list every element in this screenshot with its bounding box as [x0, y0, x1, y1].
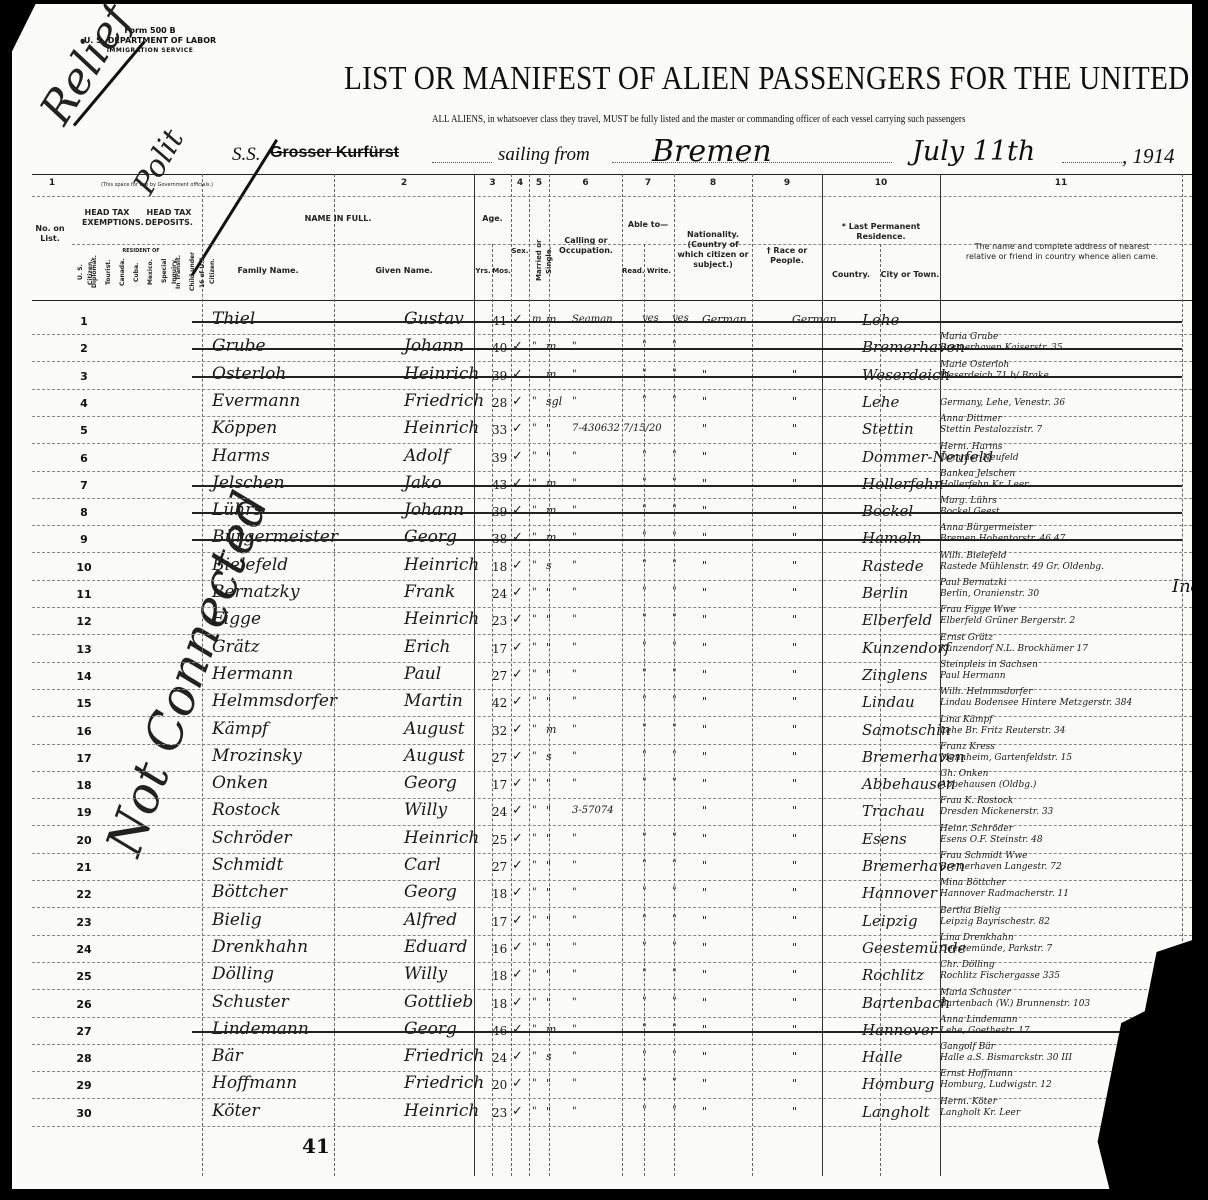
nationality: ": [702, 777, 707, 790]
marital-status: ": [546, 1105, 551, 1118]
marital-status: ": [546, 777, 551, 790]
can-write: ": [672, 859, 677, 870]
nationality: ": [702, 723, 707, 736]
occupation: ": [572, 1106, 577, 1117]
age-check-mark: ✓: [512, 394, 523, 409]
race: ": [792, 695, 797, 708]
can-read: yes: [642, 313, 659, 324]
row-rule: [32, 989, 1192, 990]
can-read: ": [642, 1023, 647, 1034]
marital-status: ": [546, 886, 551, 899]
row-number: 27: [72, 1025, 96, 1038]
age-years: 27: [492, 860, 507, 874]
city-town: Hannover: [862, 884, 937, 902]
row-number: 12: [72, 615, 96, 628]
age-years: 18: [492, 997, 507, 1011]
sex-value: ": [532, 969, 537, 980]
sex-value: m: [532, 314, 541, 325]
cuba-header: Cuba.: [132, 252, 142, 292]
can-write: ": [672, 695, 677, 706]
family-name: Bielefeld: [212, 555, 288, 575]
manifest-page: Form 500 B U. S. DEPARTMENT OF LABOR IMM…: [12, 4, 1192, 1189]
table-row: 13 Grätz Erich 17 ✓ " " " " " " " Kunzen…: [32, 637, 1192, 661]
age-years: 20: [492, 1078, 507, 1092]
age-check-mark: ✓: [512, 640, 523, 655]
row-number: 2: [72, 342, 96, 355]
row-rule: [32, 1071, 1192, 1072]
table-row: 22 Böttcher Georg 18 ✓ " " " " " " " Han…: [32, 882, 1192, 906]
dotted-leader: [432, 162, 492, 163]
row-rule: [32, 498, 1192, 499]
race: ": [792, 531, 797, 544]
can-write: ": [672, 1050, 677, 1061]
city-town: Langholt: [862, 1103, 930, 1121]
age-check-mark: ✓: [512, 1049, 523, 1064]
can-read: ": [642, 477, 647, 488]
row-rule: [32, 361, 1192, 362]
race: ": [792, 941, 797, 954]
nationality: ": [702, 641, 707, 654]
relative-name: Ernst Grätz: [940, 633, 993, 643]
can-read: ": [642, 668, 647, 679]
family-name: Köter: [212, 1101, 260, 1121]
relative-address: Abbehausen (Oldbg.): [940, 780, 1036, 790]
can-write: ": [672, 450, 677, 461]
row-rule: [32, 1098, 1192, 1099]
can-read: ": [642, 368, 647, 379]
departure-date: July 11th: [912, 136, 1035, 167]
family-name: Hermann: [212, 664, 293, 684]
sex-value: ": [532, 669, 537, 680]
table-row: 18 Onken Georg 17 ✓ " " " " " " " Abbeha…: [32, 773, 1192, 797]
relative-name: Maria Grube: [940, 332, 998, 342]
nationality: ": [702, 613, 707, 626]
table-row: 29 Hoffmann Friedrich 20 ✓ " " " " " " "…: [32, 1073, 1192, 1097]
relative-name: Gh. Onken: [940, 769, 988, 779]
race-header: † Race or People.: [752, 246, 822, 266]
can-read: ": [642, 941, 647, 952]
table-row: 8 Lührs Johann 39 ✓ " m " " " " " Bockel…: [32, 500, 1192, 524]
given-name: August: [404, 719, 465, 739]
race: ": [792, 477, 797, 490]
can-read: ": [642, 777, 647, 788]
occupation: ": [572, 341, 577, 352]
race: ": [792, 723, 797, 736]
row-rule: [32, 935, 1192, 936]
occupation-header: Calling or Occupation.: [552, 236, 620, 256]
marital-status: s: [546, 750, 552, 763]
family-name: Harms: [212, 446, 270, 466]
city-town: Zinglens: [862, 666, 928, 684]
can-write: ": [672, 368, 677, 379]
relative-address: Leipzig Bayrischestr. 82: [940, 917, 1050, 927]
table-row: 21 Schmidt Carl 27 ✓ " " " " " " " Breme…: [32, 855, 1192, 879]
nationality: ": [702, 941, 707, 954]
race: ": [792, 750, 797, 763]
age-check-mark: ✓: [512, 885, 523, 900]
table-row: 26 Schuster Gottlieb 18 ✓ " " " " " " " …: [32, 992, 1192, 1016]
nationality: ": [702, 1077, 707, 1090]
sex-value: ": [532, 724, 537, 735]
nationality: ": [702, 422, 707, 435]
passenger-rows: 1 Thiel Gustav 41 ✓ m m Seaman yes yes G…: [32, 309, 1192, 1019]
age-years: 28: [492, 396, 507, 410]
column-number: 11: [940, 178, 1182, 188]
table-row: 3 Osterloh Heinrich 39 ✓ m " " " " " Wes…: [32, 364, 1192, 388]
age-years: 24: [492, 587, 507, 601]
column-number: 9: [752, 178, 822, 188]
can-write: ": [672, 1023, 677, 1034]
can-read: ": [642, 886, 647, 897]
age-check-mark: ✓: [512, 667, 523, 682]
age-years: 33: [492, 423, 507, 437]
given-name: Friedrich: [404, 1073, 484, 1093]
row-rule: [32, 416, 1192, 417]
age-check-mark: ✓: [512, 940, 523, 955]
sailing-from-label: sailing from: [498, 144, 590, 166]
months-header: Mos.: [492, 266, 511, 276]
relative-name: Frau Figge Wwe: [940, 605, 1016, 615]
sex-value: ": [532, 1024, 537, 1035]
row-rule: [32, 907, 1192, 908]
age-check-mark: ✓: [512, 1076, 523, 1091]
sex-value: ": [532, 778, 537, 789]
relative-address: Dresden Mickenerstr. 33: [940, 807, 1053, 817]
given-name: Georg: [404, 773, 457, 793]
marital-status: m: [546, 531, 556, 544]
age-years: 16: [492, 942, 507, 956]
city-town: Rastede: [862, 557, 924, 575]
given-name-header: Given Name.: [334, 266, 474, 276]
nationality: German: [702, 313, 747, 326]
occupation: ": [572, 560, 577, 571]
age-check-mark: ✓: [512, 722, 523, 737]
row-number: 4: [72, 397, 96, 410]
can-read: ": [642, 504, 647, 515]
given-name: Friedrich: [404, 391, 484, 411]
table-row: 20 Schröder Heinrich 25 ✓ " " " " " " " …: [32, 828, 1192, 852]
can-write: ": [672, 750, 677, 761]
relative-address: Lehe, Goethestr. 17: [940, 1026, 1030, 1036]
family-name: Rostock: [212, 800, 281, 820]
can-write: ": [672, 504, 677, 515]
age-years: 39: [492, 505, 507, 519]
row-rule: [32, 798, 1192, 799]
sex-header: Sex.: [511, 246, 529, 256]
occupation: ": [572, 396, 577, 407]
relative-name: Herm. Köter: [940, 1097, 997, 1107]
relative-name: Herm. Harms: [940, 442, 1002, 452]
table-row: 12 Figge Heinrich 23 ✓ " " " " " " " Elb…: [32, 609, 1192, 633]
column-number: 2: [334, 178, 474, 188]
nationality: ": [702, 531, 707, 544]
nationality: ": [702, 1023, 707, 1036]
age-check-mark: ✓: [512, 339, 523, 354]
race: ": [792, 777, 797, 790]
age-check-mark: ✓: [512, 913, 523, 928]
ss-label: S.S.: [232, 144, 261, 166]
can-read: ": [642, 968, 647, 979]
relative-address: Paul Hermann: [940, 671, 1006, 681]
relative-name: Anna Bürgermeister: [940, 523, 1033, 533]
occupation: ": [572, 642, 577, 653]
race: ": [792, 559, 797, 572]
relative-address: Bremerhaven Kaiserstr. 35: [940, 343, 1063, 353]
city-town: Lindau: [862, 693, 915, 711]
nationality: ": [702, 586, 707, 599]
can-write: ": [672, 723, 677, 734]
table-row: 15 Helmmsdorfer Martin 42 ✓ " " " " " " …: [32, 691, 1192, 715]
city-town: Trachau: [862, 802, 925, 820]
row-rule: [32, 389, 1192, 390]
occupation: ": [572, 751, 577, 762]
city-town: Hameln: [862, 529, 922, 547]
given-name: Willy: [404, 800, 447, 820]
race: ": [792, 613, 797, 626]
canada-header: Canada.: [118, 252, 128, 292]
table-row: 19 Rostock Willy 24 ✓ " " 3-57074 " " Tr…: [32, 800, 1192, 824]
read-header: Read.: [622, 266, 644, 276]
marital-status: ": [546, 996, 551, 1009]
can-write: ": [672, 641, 677, 652]
row-rule: [32, 744, 1192, 745]
column-number: 8: [674, 178, 752, 188]
age-check-mark: ✓: [512, 803, 523, 818]
row-number: 23: [72, 916, 96, 929]
can-write: ": [672, 886, 677, 897]
row-rule: [32, 880, 1192, 881]
table-row: 17 Mrozinsky August 27 ✓ " s " " " " " B…: [32, 746, 1192, 770]
given-name: Gottlieb: [404, 992, 473, 1012]
tourist-header: Tourist.: [104, 252, 114, 292]
country-header: Country.: [822, 270, 880, 280]
page-title: LIST OR MANIFEST OF ALIEN PASSENGERS FOR…: [344, 60, 1190, 98]
city-town: Bartenbach: [862, 994, 950, 1012]
family-name: Thiel: [212, 309, 255, 329]
age-header: Age.: [474, 214, 511, 224]
sex-value: ": [532, 396, 537, 407]
page-subtitle: ALL ALIENS, in whatsoever class they tra…: [432, 114, 965, 125]
relative-name: Lina Kämpf: [940, 715, 993, 725]
age-check-mark: ✓: [512, 476, 523, 491]
city-town: Esens: [862, 830, 907, 848]
given-name: Willy: [404, 964, 447, 984]
row-number: 1: [72, 315, 96, 328]
can-write: ": [672, 914, 677, 925]
marital-status: m: [546, 723, 556, 736]
row-number: 5: [72, 424, 96, 437]
column-number: 4: [511, 178, 529, 188]
can-read: ": [642, 641, 647, 652]
nationality: ": [702, 750, 707, 763]
city-town: Lehe: [862, 311, 899, 329]
family-name: Dölling: [212, 964, 274, 984]
occupation: ": [572, 1024, 577, 1035]
occupation: ": [572, 997, 577, 1008]
age-check-mark: ✓: [512, 612, 523, 627]
row-number: 10: [72, 561, 96, 574]
given-name: August: [404, 746, 465, 766]
relative-address: Esens O.F. Steinstr. 48: [940, 835, 1043, 845]
row-rule: [32, 471, 1192, 472]
row-number: 24: [72, 943, 96, 956]
head-tax-exemptions-header: HEAD TAX EXEMPTIONS.: [82, 208, 132, 228]
occupation: ": [572, 532, 577, 543]
table-row: 28 Bär Friedrich 24 ✓ " s " " " " " Hall…: [32, 1046, 1192, 1070]
sex-value: ": [532, 833, 537, 844]
age-check-mark: ✓: [512, 530, 523, 545]
sex-value: ": [532, 451, 537, 462]
row-number: 9: [72, 533, 96, 546]
sex-value: ": [532, 642, 537, 653]
given-name: Heinrich: [404, 364, 479, 384]
row-rule: [32, 962, 1192, 963]
occupation: ": [572, 369, 577, 380]
nationality-header: Nationality. (Country of which citizen o…: [677, 230, 749, 270]
city-header: City or Town.: [880, 270, 940, 280]
family-name: Jelschen: [212, 473, 285, 493]
ship-info-line: S.S. Grosser Kurfürst sailing from Breme…: [192, 138, 1192, 172]
row-number: 25: [72, 970, 96, 983]
column-number: 7: [622, 178, 674, 188]
relative-name: Paul Bernatzki: [940, 578, 1007, 588]
row-number: 3: [72, 370, 96, 383]
row-number: 6: [72, 452, 96, 465]
family-name: Osterloh: [212, 364, 286, 384]
row-rule: [32, 580, 1192, 581]
relative-name: Wilh. Helmmsdorfer: [940, 687, 1033, 697]
family-name: Onken: [212, 773, 268, 793]
age-years: 24: [492, 1051, 507, 1065]
race: ": [792, 586, 797, 599]
sex-value: ": [532, 696, 537, 707]
row-number: 18: [72, 779, 96, 792]
in-transit-header: In Transit.: [174, 252, 184, 292]
sex-value: ": [532, 887, 537, 898]
occupation: ": [572, 1051, 577, 1062]
mexico-header: Mexico.: [146, 252, 156, 292]
relative-address: Geestemünde, Parkstr. 7: [940, 944, 1052, 954]
column-number: 10: [822, 178, 940, 188]
age-years: 38: [492, 532, 507, 546]
family-name: Drenkhahn: [212, 937, 308, 957]
table-row: 14 Hermann Paul 27 ✓ " " " " " " " Zingl…: [32, 664, 1192, 688]
can-read: ": [642, 450, 647, 461]
age-check-mark: ✓: [512, 503, 523, 518]
can-write: ": [672, 531, 677, 542]
family-name: Helmmsdorfer: [212, 691, 337, 711]
given-name: Georg: [404, 882, 457, 902]
age-years: 18: [492, 969, 507, 983]
row-rule: [32, 825, 1192, 826]
marital-status: ": [546, 968, 551, 981]
family-name: Lindemann: [212, 1019, 309, 1039]
can-write: ": [672, 395, 677, 406]
nationality: ": [702, 668, 707, 681]
rule: [32, 196, 1192, 197]
can-write: ": [672, 941, 677, 952]
can-write: ": [672, 613, 677, 624]
relative-address: Kunzendorf N.L. Brockhämer 17: [940, 644, 1088, 654]
sex-value: ": [532, 423, 537, 434]
race: ": [792, 504, 797, 517]
nationality: ": [702, 804, 707, 817]
occupation: ": [572, 778, 577, 789]
table-row: 27 Lindemann Georg 46 ✓ " m " " " " " Ha…: [32, 1019, 1192, 1043]
race: German: [792, 313, 837, 326]
marital-status: ": [546, 613, 551, 626]
age-years: 18: [492, 887, 507, 901]
given-name: Georg: [404, 527, 457, 547]
marital-status: ": [546, 695, 551, 708]
age-check-mark: ✓: [512, 312, 523, 327]
table-row: 7 Jelschen Jako 43 ✓ " m " " " " " Holle…: [32, 473, 1192, 497]
occupation: 3-57074: [572, 805, 614, 816]
relative-address: Hollerfehn Kr. Leer: [940, 480, 1028, 490]
given-name: Alfred: [404, 910, 457, 930]
can-write: ": [672, 477, 677, 488]
nationality: ": [702, 395, 707, 408]
table-row: 11 Bernatzky Frank 24 ✓ " " " " " " " Be…: [32, 582, 1192, 606]
marital-status: ": [546, 832, 551, 845]
given-name: Gustav: [404, 309, 464, 329]
marital-status: s: [546, 1050, 552, 1063]
no-on-list-header: No. on List.: [32, 224, 68, 244]
can-write: ": [672, 968, 677, 979]
can-read: ": [642, 531, 647, 542]
relative-address: Rochlitz Fischergasse 335: [940, 971, 1060, 981]
occupation: ": [572, 915, 577, 926]
given-name: Adolf: [404, 446, 449, 466]
given-name: Martin: [404, 691, 463, 711]
age-years: 23: [492, 614, 507, 628]
ship-name: Grosser Kurfürst: [270, 144, 399, 162]
marital-status: ": [546, 586, 551, 599]
relative-name: Frau K. Rostock: [940, 796, 1013, 806]
rule: [32, 174, 1192, 175]
row-number: 30: [72, 1107, 96, 1120]
relative-address: Lindau Bodensee Hintere Metzgerstr. 384: [940, 698, 1132, 708]
age-check-mark: ✓: [512, 449, 523, 464]
years-header: Yrs.: [474, 266, 492, 276]
age-years: 43: [492, 478, 507, 492]
sex-value: ": [532, 614, 537, 625]
can-read: ": [642, 559, 647, 570]
relative-address: Langholt Kr. Leer: [940, 1108, 1020, 1118]
relative-address: Lehe Br. Fritz Reuterstr. 34: [940, 726, 1065, 736]
nationality: ": [702, 450, 707, 463]
family-name: Bernatzky: [212, 582, 299, 602]
marital-status: m: [546, 340, 556, 353]
row-number: 17: [72, 752, 96, 765]
can-read: ": [642, 613, 647, 624]
race: ": [792, 668, 797, 681]
row-number: 7: [72, 479, 96, 492]
city-town: Elberfeld: [862, 611, 932, 629]
row-number: 29: [72, 1079, 96, 1092]
family-name: Kämpf: [212, 719, 268, 739]
nationality: ": [702, 996, 707, 1009]
family-name: Lührs: [212, 500, 262, 520]
age-years: 32: [492, 724, 507, 738]
nationality: ": [702, 695, 707, 708]
table-row: 5 Köppen Heinrich 33 ✓ " " 7-430632 7/15…: [32, 418, 1192, 442]
row-rule: [32, 552, 1192, 553]
marital-status: ": [546, 859, 551, 872]
row-rule: [32, 607, 1192, 608]
race: ": [792, 1050, 797, 1063]
nationality: ": [702, 914, 707, 927]
